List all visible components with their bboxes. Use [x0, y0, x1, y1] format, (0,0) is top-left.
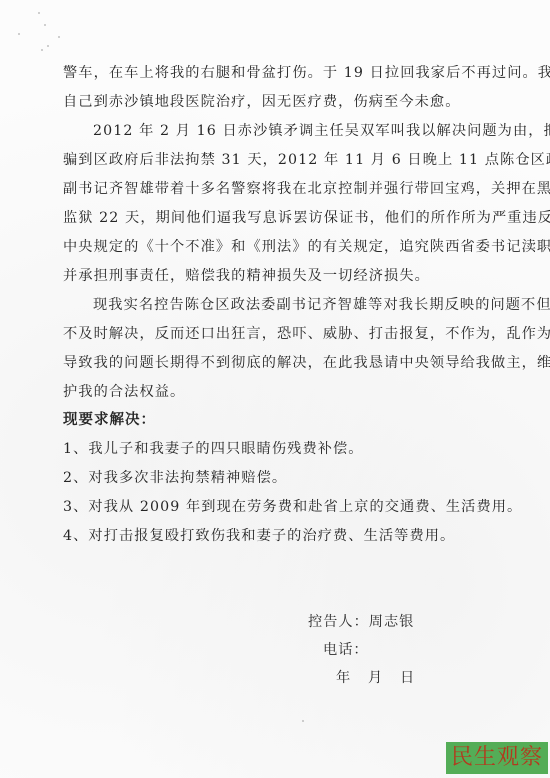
- scan-speck: [47, 45, 49, 47]
- demand-item-1: 1、我儿子和我妻子的四只眼睛伤残费补偿。: [63, 439, 475, 459]
- demand-item-3: 3、对我从 2009 年到现在劳务费和赴省上京的交通费、生活费用。: [63, 497, 475, 517]
- demands-heading: 现要求解决：: [63, 410, 475, 430]
- date-year-label: 年: [336, 668, 368, 688]
- scan-speck: [38, 12, 40, 14]
- scan-speck: [58, 36, 60, 38]
- paragraph-2-line-2: 骗到区政府后非法拘禁 31 天，2012 年 11 月 6 日晚上 11 点陈仓…: [63, 150, 475, 170]
- scan-speck: [41, 49, 43, 51]
- paragraph-1-line-2: 自己到赤沙镇地段医院治疗，因无医疗费，伤病至今未愈。: [63, 92, 475, 112]
- paragraph-3-line-2: 不及时解决，反而还口出狂言，恐吓、威胁、打击报复，不作为，乱作为: [63, 324, 475, 344]
- demand-item-4: 4、对打击报复殴打致伤我和妻子的治疗费、生活等费用。: [63, 526, 475, 546]
- scanned-document-page: 警车，在车上将我的右腿和骨盆打伤。于 19 日拉回我家后不再过问。我 自己到赤沙…: [0, 0, 550, 778]
- scan-speck: [302, 720, 304, 722]
- scan-speck: [44, 24, 46, 26]
- complainant-signature: 控告人：周志银: [308, 612, 414, 632]
- phone-label: 电话：: [323, 640, 369, 660]
- date-month-label: 月: [368, 668, 400, 688]
- paragraph-1-line-1: 警车，在车上将我的右腿和骨盆打伤。于 19 日拉回我家后不再过问。我: [63, 63, 475, 83]
- paragraph-2-line-3: 副书记齐智雄带着十多名警察将我在北京控制并强行带回宝鸡，关押在黑: [63, 179, 475, 199]
- paragraph-3-line-1: 现我实名控告陈仓区政法委副书记齐智雄等对我长期反映的问题不但: [93, 295, 475, 315]
- paragraph-3-line-3: 导致我的问题长期得不到彻底的解决，在此我恳请中央领导给我做主，维: [63, 353, 475, 373]
- paragraph-2-line-4: 监狱 22 天，期间他们逼我写息诉罢访保证书，他们的所作所为严重违反: [63, 208, 475, 228]
- paragraph-2-line-1: 2012 年 2 月 16 日赤沙镇矛调主任吴双军叫我以解决问题为由，把我: [93, 121, 475, 141]
- watermark-logo: 民生观察: [446, 742, 548, 774]
- paragraph-2-line-6: 并承担刑事责任，赔偿我的精神损失及一切经济损失。: [63, 266, 475, 286]
- scan-speck: [18, 33, 20, 35]
- paragraph-3-line-4: 护我的合法权益。: [63, 382, 475, 402]
- paragraph-2-line-5: 中央规定的《十个不准》和《刑法》的有关规定，追究陕西省委书记渎职，: [63, 237, 475, 257]
- demand-item-2: 2、对我多次非法拘禁精神赔偿。: [63, 468, 475, 488]
- date-day-label: 日: [400, 668, 415, 688]
- date-line: 年月日: [336, 668, 415, 688]
